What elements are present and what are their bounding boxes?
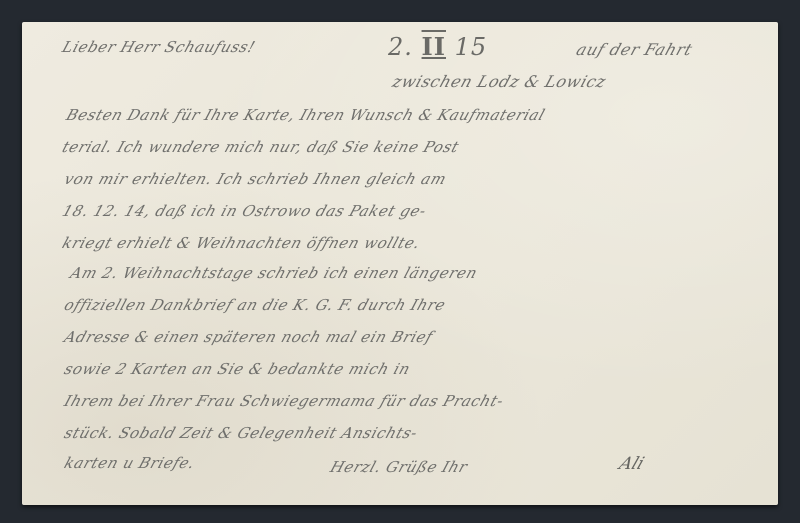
body-line: Besten Dank für Ihre Karte, Ihren Wunsch… [64, 106, 548, 124]
signature: Ali [616, 454, 646, 474]
body-line: offiziellen Dankbrief an die K. G. F. du… [62, 296, 448, 314]
body-line: terial. Ich wundere mich nur, daß Sie ke… [60, 138, 462, 156]
closing: Herzl. Grüße Ihr [328, 458, 470, 476]
postcard: Lieber Herr Schaufuss! 2. II 15 auf der … [22, 22, 778, 505]
salutation: Lieber Herr Schaufuss! [60, 38, 258, 56]
body-line: Am 2. Weihnachtstage schrieb ich einen l… [68, 264, 480, 282]
body-line: stück. Sobald Zeit & Gelegenheit Ansicht… [62, 424, 420, 442]
body-line: sowie 2 Karten an Sie & bedankte mich in [62, 360, 413, 378]
body-line: 18. 12. 14, daß ich in Ostrowo das Paket… [60, 202, 429, 220]
date-day: 2. [388, 33, 413, 61]
date: 2. II 15 [388, 32, 487, 61]
body-line: von mir erhielten. Ich schrieb Ihnen gle… [62, 170, 449, 188]
location-line-2: zwischen Lodz & Lowicz [390, 72, 609, 91]
body-line: Adresse & einen späteren noch mal ein Br… [62, 328, 435, 346]
body-line: Ihrem bei Ihrer Frau Schwiegermama für d… [62, 392, 506, 410]
body-line: kriegt erhielt & Weihnachten öffnen woll… [60, 234, 423, 252]
body-line: karten u Briefe. [62, 454, 197, 472]
location-line-1: auf der Fahrt [574, 40, 695, 59]
date-month: II [422, 32, 446, 61]
date-year: 15 [455, 33, 488, 61]
